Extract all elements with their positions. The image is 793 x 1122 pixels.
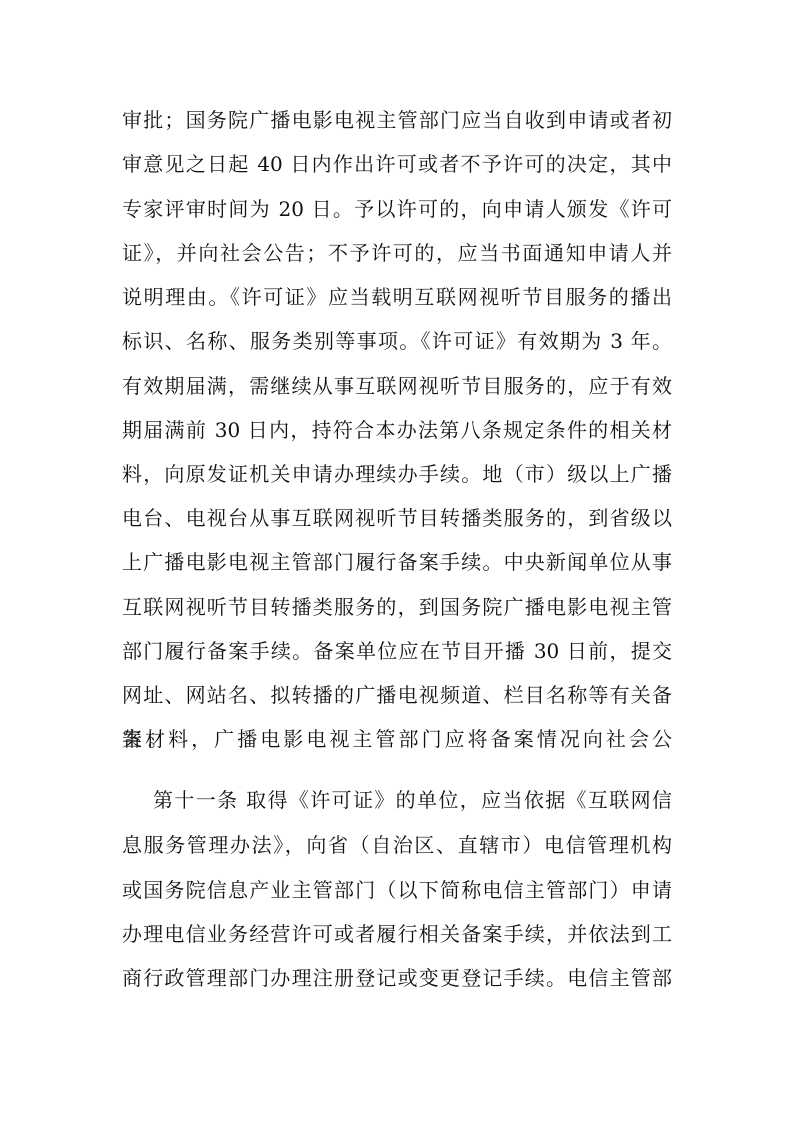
text-line: 审意见之日起 40 日内作出许可或者不予许可的决定，其中 bbox=[122, 149, 672, 179]
text-line: 互联网视听节目转播类服务的，到国务院广播电影电视主管 bbox=[122, 592, 672, 622]
text-line: 标识、名称、服务类别等事项。《许可证》有效期为 3 年。 bbox=[122, 326, 672, 356]
text-line: 料，向原发证机关申请办理续办手续。地（市）级以上广播 bbox=[122, 459, 672, 489]
text-line: 办理电信业务经营许可或者履行相关备案手续，并依法到工 bbox=[122, 919, 672, 949]
text-line: 商行政管理部门办理注册登记或变更登记手续。电信主管部 bbox=[122, 963, 672, 993]
document-page: 审批；国务院广播电影电视主管部门应当自收到申请或者初 审意见之日起 40 日内作… bbox=[0, 0, 793, 1122]
article-heading-line: 第十一条 取得《许可证》的单位，应当依据《互联网信 bbox=[153, 785, 672, 815]
text-line: 有效期届满，需继续从事互联网视听节目服务的，应于有效 bbox=[122, 371, 672, 401]
text-line: 证》，并向社会公告；不予许可的，应当书面通知申请人并 bbox=[122, 238, 672, 268]
text-line: 告。 bbox=[122, 724, 672, 754]
text-line: 或国务院信息产业主管部门（以下简称电信主管部门）申请 bbox=[122, 875, 672, 905]
text-line: 审批；国务院广播电影电视主管部门应当自收到申请或者初 bbox=[122, 105, 672, 135]
text-line: 网址、网站名、拟转播的广播电视频道、栏目名称等有关备 bbox=[122, 680, 672, 710]
text-line: 期届满前 30 日内，持符合本办法第八条规定条件的相关材 bbox=[122, 415, 672, 445]
text-line: 专家评审时间为 20 日。予以许可的，向申请人颁发《许可 bbox=[122, 194, 672, 224]
text-line: 电台、电视台从事互联网视听节目转播类服务的，到省级以 bbox=[122, 503, 672, 533]
text-line: 息服务管理办法》，向省（自治区、直辖市）电信管理机构 bbox=[122, 830, 672, 860]
text-line: 部门履行备案手续。备案单位应在节目开播 30 日前，提交 bbox=[122, 636, 672, 666]
text-line: 上广播电影电视主管部门履行备案手续。中央新闻单位从事 bbox=[122, 547, 672, 577]
text-line: 说明理由。《许可证》应当载明互联网视听节目服务的播出 bbox=[122, 282, 672, 312]
